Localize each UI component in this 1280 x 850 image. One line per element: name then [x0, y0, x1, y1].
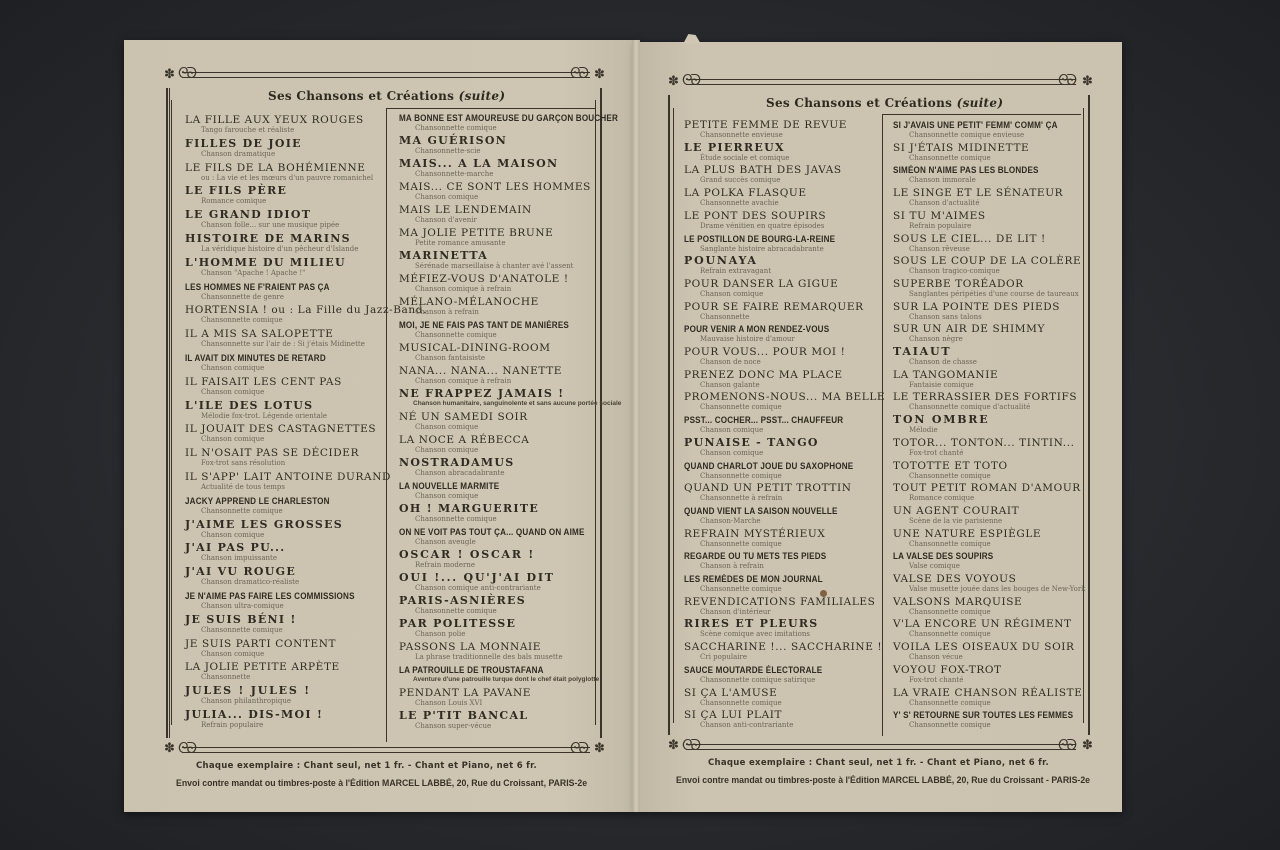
song-subtitle: Chanson "Apache ! Apache !"	[185, 269, 346, 277]
song-entry: MÉLANO-MÉLANOCHEChanson à refrain	[399, 296, 539, 316]
song-entry: V'LA ENCORE UN RÉGIMENTChansonnette comi…	[893, 618, 1072, 638]
publisher-address: Envoi contre mandat ou timbres-poste à l…	[176, 778, 587, 789]
song-title: POUNAYA	[684, 255, 771, 267]
flower-ornament-icon: ✽	[594, 68, 605, 81]
song-subtitle: Scène comique avec imitations	[684, 630, 819, 638]
song-entry: NOSTRADAMUSChanson abracadabrante	[399, 457, 515, 477]
song-title: TON OMBRE	[893, 414, 989, 426]
song-title: JULIA... DIS-MOI !	[185, 709, 323, 721]
song-entry: SUR LA POINTE DES PIEDSChanson sans talo…	[893, 301, 1060, 321]
song-subtitle: Chansonnette-marche	[399, 170, 558, 178]
song-entry: JULIA... DIS-MOI !Refrain populaire	[185, 709, 323, 729]
left-frame-right-line	[600, 88, 603, 738]
scroll-ornament-icon: ᘓᘐ	[178, 741, 195, 756]
song-title: LE FILS DE LA BOHÉMIENNE	[185, 162, 373, 174]
song-entry: MUSICAL-DINING-ROOMChanson fantaisiste	[399, 342, 551, 362]
song-entry: HISTOIRE DE MARINSLa véridique histoire …	[185, 233, 358, 253]
heading-text: Ses Chansons et Créations	[268, 89, 454, 103]
song-title: MA JOLIE PETITE BRUNE	[399, 227, 553, 239]
song-subtitle: Chanson super-vécue	[399, 722, 528, 730]
song-entry: L'HOMME DU MILIEUChanson "Apache ! Apach…	[185, 257, 346, 277]
song-title: LES REMÈDES DE MON JOURNAL	[684, 573, 823, 585]
song-entry: SUPERBE TORÉADORSanglantes péripéties d'…	[893, 278, 1079, 298]
song-subtitle: Chansonnette comique	[399, 607, 526, 615]
song-title: SI ÇA L'AMUSE	[684, 687, 782, 699]
flower-ornament-icon: ✽	[1082, 739, 1093, 752]
song-subtitle: Chansonnette envieuse	[684, 131, 847, 139]
song-subtitle: Mauvaise histoire d'amour	[684, 335, 845, 343]
song-subtitle: Chansonnette	[684, 313, 864, 321]
song-title: PENDANT LA PAVANE	[399, 687, 531, 699]
song-subtitle: Chansonnette comique	[684, 403, 885, 411]
bottom-border-rule	[686, 744, 1076, 750]
song-subtitle: Mélodie	[893, 426, 989, 434]
song-subtitle: Chanson-Marche	[684, 517, 855, 525]
song-subtitle: Chanson à refrain	[684, 562, 842, 570]
song-subtitle: Chansonnette	[185, 673, 340, 681]
scroll-ornament-icon: ᘓᘐ	[570, 741, 587, 756]
song-title: QUAND CHARLOT JOUE DU SAXOPHONE	[684, 460, 853, 472]
song-title: SOUS LE COUP DE LA COLÈRE	[893, 255, 1081, 267]
song-title: SOUS LE CIEL... DE LIT !	[893, 233, 1046, 245]
song-title: PROMENONS-NOUS... MA BELLE	[684, 391, 885, 403]
song-entry: SUR UN AIR DE SHIMMYChanson nègre	[893, 323, 1045, 343]
song-subtitle: Chansonnette comique	[399, 515, 539, 523]
song-title: LE SINGE ET LE SÉNATEUR	[893, 187, 1063, 199]
song-entry: QUAND UN PETIT TROTTINChansonnette à ref…	[684, 482, 852, 502]
scroll-ornament-icon: ᘓᘐ	[682, 73, 699, 88]
song-entry: IL A MIS SA SALOPETTEChansonnette sur l'…	[185, 328, 365, 348]
song-entry: IL JOUAIT DES CASTAGNETTESChanson comiqu…	[185, 423, 376, 443]
song-entry: SIMÉON N'AIME PAS LES BLONDESChanson imm…	[893, 164, 1055, 184]
song-subtitle: Chanson sans talons	[893, 313, 1060, 321]
song-title: MÉFIEZ-VOUS D'ANATOLE !	[399, 273, 569, 285]
song-entry: PUNAISE - TANGOChanson comique	[684, 437, 819, 457]
song-subtitle: Chansonnette comique	[399, 331, 588, 339]
song-subtitle: Chanson Louis XVI	[399, 699, 531, 707]
song-subtitle: Chanson dramatico-réaliste	[185, 578, 299, 586]
song-title: LA NOUVELLE MARMITE	[399, 480, 499, 492]
song-subtitle: Fox-trot chanté	[893, 449, 1075, 457]
song-subtitle: Chanson philanthropique	[185, 697, 311, 705]
song-subtitle: Chansonnette comique d'actualité	[893, 403, 1077, 411]
song-entry: QUAND CHARLOT JOUE DU SAXOPHONEChansonne…	[684, 460, 872, 480]
song-title: TOTOR... TONTON... TINTIN...	[893, 437, 1075, 449]
song-entry: IL AVAIT DIX MINUTES DE RETARDChanson co…	[185, 352, 342, 372]
song-title: Y' S' RETOURNE SUR TOUTES LES FEMMES	[893, 709, 1073, 721]
song-title: IL AVAIT DIX MINUTES DE RETARD	[185, 352, 326, 364]
song-entry: JACKY APPREND LE CHARLESTONChansonnette …	[185, 495, 346, 515]
heading-underline	[883, 114, 1081, 115]
song-subtitle: Chanson comique	[185, 388, 342, 396]
song-subtitle: Chanson aveugle	[399, 538, 605, 546]
song-title: MUSICAL-DINING-ROOM	[399, 342, 551, 354]
price-line: Chaque exemplaire : Chant seul, net 1 fr…	[708, 758, 1049, 768]
song-entry: Y' S' RETOURNE SUR TOUTES LES FEMMESChan…	[893, 709, 1093, 729]
song-entry: HORTENSIA ! ou : La Fille du Jazz-Band.C…	[185, 304, 427, 324]
song-entry: SOUS LE COUP DE LA COLÈREChanson tragico…	[893, 255, 1081, 275]
song-subtitle: Chanson comique	[399, 446, 529, 454]
song-subtitle: Chansonnette comique	[185, 626, 297, 634]
song-entry: LE POSTILLON DE BOURG-LA-REINESanglante …	[684, 233, 852, 253]
right-frame-left-line	[668, 95, 671, 735]
left-frame-left-line	[166, 88, 169, 738]
song-entry: POUNAYARefrain extravagant	[684, 255, 771, 275]
song-subtitle: Chanson tragico-comique	[893, 267, 1081, 275]
song-subtitle: Refrain populaire	[893, 222, 986, 230]
song-subtitle: Chansonnette comique	[893, 472, 1008, 480]
song-subtitle: Chanson anti-contrariante	[684, 721, 793, 729]
song-entry: UN AGENT COURAITScène de la vie parisien…	[893, 505, 1019, 525]
song-title: JACKY APPREND LE CHARLESTON	[185, 495, 330, 507]
song-title: PAR POLITESSE	[399, 618, 516, 630]
song-entry: SI J'AVAIS UNE PETIT' FEMM' COMM' ÇAChan…	[893, 119, 1076, 139]
song-subtitle: Chanson d'actualité	[893, 199, 1063, 207]
song-entry: REVENDICATIONS FAMILIALESChanson d'intér…	[684, 596, 875, 616]
song-entry: LES HOMMES NE F'RAIENT PAS ÇAChansonnett…	[185, 281, 346, 301]
publisher-address: Envoi contre mandat ou timbres-poste à l…	[676, 775, 1090, 786]
song-title: IL JOUAIT DES CASTAGNETTES	[185, 423, 376, 435]
song-entry: TON OMBREMélodie	[893, 414, 989, 434]
song-title: REVENDICATIONS FAMILIALES	[684, 596, 875, 608]
song-title: SI ÇA LUI PLAIT	[684, 709, 793, 721]
song-entry: TOTOR... TONTON... TINTIN...Fox-trot cha…	[893, 437, 1075, 457]
scroll-ornament-icon: ᘓᘐ	[178, 66, 195, 81]
song-title: NÉ UN SAMEDI SOIR	[399, 411, 528, 423]
column-divider	[386, 108, 387, 742]
song-subtitle: Chanson comique	[399, 193, 591, 201]
song-entry: LE SINGE ET LE SÉNATEURChanson d'actuali…	[893, 187, 1063, 207]
heading-suffix: (suite)	[459, 89, 506, 103]
song-subtitle: Fantaisie comique	[893, 381, 998, 389]
song-title: SAUCE MOUTARDE ÉLECTORALE	[684, 664, 822, 676]
song-title: JE SUIS PARTI CONTENT	[185, 638, 336, 650]
song-subtitle: Chansonnette comique	[185, 316, 427, 324]
song-entry: SI ÇA L'AMUSEChansonnette comique	[684, 687, 782, 707]
song-subtitle: Chanson vécue	[893, 653, 1075, 661]
song-title: OH ! MARGUERITE	[399, 503, 539, 515]
song-entry: JULES ! JULES !Chanson philanthropique	[185, 685, 311, 705]
song-subtitle: Petite romance amusante	[399, 239, 553, 247]
song-title: PSST... COCHER... PSST... CHAUFFEUR	[684, 414, 843, 426]
song-title: MAIS... CE SONT LES HOMMES	[399, 181, 591, 193]
song-entry: MA BONNE EST AMOUREUSE DU GARÇON BOUCHER…	[399, 112, 642, 132]
song-entry: NE FRAPPEZ JAMAIS !Chanson humanitaire, …	[399, 388, 621, 408]
song-subtitle: Chansonnette comique	[893, 608, 1022, 616]
scroll-ornament-icon: ᘓᘐ	[570, 66, 587, 81]
song-entry: MA JOLIE PETITE BRUNEPetite romance amus…	[399, 227, 553, 247]
song-title: IL FAISAIT LES CENT PAS	[185, 376, 342, 388]
song-subtitle: Fox-trot chanté	[893, 676, 1002, 684]
scroll-ornament-icon: ᘓᘐ	[1058, 738, 1075, 753]
song-subtitle: Chansonnette comique satirique	[684, 676, 838, 684]
song-title: J'AI PAS PU...	[185, 542, 285, 554]
song-title: POUR SE FAIRE REMARQUER	[684, 301, 864, 313]
song-entry: NANA... NANA... NANETTEChanson comique à…	[399, 365, 562, 385]
song-title: J'AIME LES GROSSES	[185, 519, 343, 531]
song-entry: REFRAIN MYSTÉRIEUXChansonnette comique	[684, 528, 825, 548]
song-title: JE N'AIME PAS FAIRE LES COMMISSIONS	[185, 590, 355, 602]
song-entry: J'AI PAS PU...Chanson impuissante	[185, 542, 285, 562]
song-title: LA POLKA FLASQUE	[684, 187, 807, 199]
song-title: MAIS... A LA MAISON	[399, 158, 558, 170]
song-title: NANA... NANA... NANETTE	[399, 365, 562, 377]
song-entry: MAIS LE LENDEMAINChanson d'avenir	[399, 204, 532, 224]
song-subtitle: Tango farouche et réaliste	[185, 126, 364, 134]
song-entry: MA GUÉRISONChansonnette-scie	[399, 135, 507, 155]
song-title: LA PLUS BATH DES JAVAS	[684, 164, 842, 176]
song-entry: POUR VENIR A MON RENDEZ-VOUSMauvaise his…	[684, 323, 845, 343]
song-title: MÉLANO-MÉLANOCHE	[399, 296, 539, 308]
song-title: HORTENSIA ! ou : La Fille du Jazz-Band.	[185, 304, 427, 316]
song-entry: JE SUIS PARTI CONTENTChanson comique	[185, 638, 336, 658]
song-subtitle: Chansonnette comique	[893, 630, 1072, 638]
song-entry: JE N'AIME PAS FAIRE LES COMMISSIONSChans…	[185, 590, 374, 610]
song-title: JULES ! JULES !	[185, 685, 311, 697]
song-title: PUNAISE - TANGO	[684, 437, 819, 449]
song-subtitle: Chansonnette à refrain	[684, 494, 852, 502]
song-title: L'HOMME DU MILIEU	[185, 257, 346, 269]
song-entry: MÉFIEZ-VOUS D'ANATOLE !Chanson comique à…	[399, 273, 569, 293]
heading-suffix: (suite)	[957, 96, 1004, 110]
song-title: OSCAR ! OSCAR !	[399, 549, 535, 561]
song-title: LA VALSE DES SOUPIRS	[893, 550, 993, 562]
song-title: LA JOLIE PETITE ARPÈTE	[185, 661, 340, 673]
song-title: VOILA LES OISEAUX DU SOIR	[893, 641, 1075, 653]
song-entry: LES REMÈDES DE MON JOURNALChansonnette c…	[684, 573, 838, 593]
top-border-rule	[686, 79, 1076, 85]
song-title: SUPERBE TORÉADOR	[893, 278, 1079, 290]
song-subtitle: Chanson galante	[684, 381, 843, 389]
song-subtitle: Chanson comique	[684, 290, 838, 298]
song-entry: PRENEZ DONC MA PLACEChanson galante	[684, 369, 843, 389]
song-entry: SI TU M'AIMESRefrain populaire	[893, 210, 986, 230]
flower-ornament-icon: ✽	[668, 75, 679, 88]
song-title: PRENEZ DONC MA PLACE	[684, 369, 843, 381]
song-entry: LA NOUVELLE MARMITEChanson comique	[399, 480, 510, 500]
song-entry: POUR DANSER LA GIGUEChanson comique	[684, 278, 838, 298]
song-subtitle: Chansonnette comique	[684, 585, 838, 593]
song-entry: LA FILLE AUX YEUX ROUGESTango farouche e…	[185, 114, 364, 134]
song-title: PASSONS LA MONNAIE	[399, 641, 563, 653]
song-title: LE FILS PÈRE	[185, 185, 287, 197]
song-subtitle: Refrain extravagant	[684, 267, 771, 275]
song-entry: VALSONS MARQUISEChansonnette comique	[893, 596, 1022, 616]
song-title: LA VRAIE CHANSON RÉALISTE	[893, 687, 1083, 699]
song-title: MAIS LE LENDEMAIN	[399, 204, 532, 216]
song-subtitle: Chanson dramatique	[185, 150, 302, 158]
song-subtitle: Grand succès comique	[684, 176, 842, 184]
song-subtitle: Chanson comique	[185, 531, 343, 539]
song-entry: PROMENONS-NOUS... MA BELLEChansonnette c…	[684, 391, 885, 411]
song-subtitle: Chanson de chasse	[893, 358, 977, 366]
song-title: LA TANGOMANIE	[893, 369, 998, 381]
song-subtitle: Chansonnette comique	[893, 721, 1093, 729]
song-title: ON NE VOIT PAS TOUT ÇA... QUAND ON AIME	[399, 526, 585, 538]
right-frame-right-inner-line	[1083, 108, 1084, 723]
song-subtitle: ou : La vie et les mœurs d'un pauvre rom…	[185, 174, 373, 182]
left-frame-left-inner-line	[171, 100, 172, 725]
right-frame-right-line	[1088, 95, 1091, 735]
song-title: FILLES DE JOIE	[185, 138, 302, 150]
song-entry: MAIS... CE SONT LES HOMMESChanson comiqu…	[399, 181, 591, 201]
song-subtitle: Chansonnette-scie	[399, 147, 507, 155]
song-entry: IL S'APP' LAIT ANTOINE DURANDActualité d…	[185, 471, 391, 491]
song-subtitle: Chanson d'avenir	[399, 216, 532, 224]
song-subtitle: Chansonnette comique	[893, 154, 1029, 162]
flower-ornament-icon: ✽	[164, 742, 175, 755]
scroll-ornament-icon: ᘓᘐ	[682, 738, 699, 753]
song-title: NE FRAPPEZ JAMAIS !	[399, 388, 621, 400]
song-subtitle: Chansonnette comique	[893, 540, 1041, 548]
song-subtitle: Sanglantes péripéties d'une course de ta…	[893, 290, 1079, 298]
song-title: MARINETTA	[399, 250, 573, 262]
song-title: UN AGENT COURAIT	[893, 505, 1019, 517]
song-title: L'ILE DES LOTUS	[185, 400, 327, 412]
flower-ornament-icon: ✽	[164, 68, 175, 81]
song-subtitle: Sanglante histoire abracadabrante	[684, 245, 852, 253]
song-entry: LE GRAND IDIOTChanson folle... sur une m…	[185, 209, 339, 229]
song-title: QUAND UN PETIT TROTTIN	[684, 482, 852, 494]
song-title: SUR LA POINTE DES PIEDS	[893, 301, 1060, 313]
song-title: VALSONS MARQUISE	[893, 596, 1022, 608]
song-title: REFRAIN MYSTÉRIEUX	[684, 528, 825, 540]
bottom-border-rule	[182, 747, 590, 753]
song-subtitle: Chanson fantaisiste	[399, 354, 551, 362]
song-subtitle: Chansonnette de genre	[185, 293, 346, 301]
song-subtitle: Chanson comique	[185, 364, 342, 372]
song-title: PETITE FEMME DE REVUE	[684, 119, 847, 131]
song-subtitle: Étude sociale et comique	[684, 154, 789, 162]
song-subtitle: Chanson impuissante	[185, 554, 285, 562]
song-title: LA NOCE A RÉBECCA	[399, 434, 529, 446]
song-entry: MAIS... A LA MAISONChansonnette-marche	[399, 158, 558, 178]
song-title: LE POSTILLON DE BOURG-LA-REINE	[684, 233, 835, 245]
song-subtitle: Chanson comique	[399, 423, 528, 431]
top-border-rule	[182, 72, 590, 78]
song-subtitle: Valse musette jouée dans les bouges de N…	[893, 585, 1085, 593]
song-title: JE SUIS BÉNI !	[185, 614, 297, 626]
song-title: LES HOMMES NE F'RAIENT PAS ÇA	[185, 281, 330, 293]
song-entry: PAR POLITESSEChanson polie	[399, 618, 516, 638]
song-subtitle: Chanson nègre	[893, 335, 1045, 343]
song-entry: POUR SE FAIRE REMARQUERChansonnette	[684, 301, 864, 321]
song-entry: PSST... COCHER... PSST... CHAUFFEURChans…	[684, 414, 861, 434]
song-title: SI TU M'AIMES	[893, 210, 986, 222]
song-entry: SI J'ÉTAIS MIDINETTEChansonnette comique	[893, 142, 1029, 162]
song-subtitle: Chansonnette avachie	[684, 199, 807, 207]
song-subtitle: Cri populaire	[684, 653, 882, 661]
song-entry: UNE NATURE ESPIÈGLEChansonnette comique	[893, 528, 1041, 548]
song-subtitle: Actualité de tous temps	[185, 483, 391, 491]
song-entry: ON NE VOIT PAS TOUT ÇA... QUAND ON AIMEC…	[399, 526, 605, 546]
song-subtitle: Chanson polie	[399, 630, 516, 638]
scroll-ornament-icon: ᘓᘐ	[1058, 73, 1075, 88]
song-subtitle: Refrain moderne	[399, 561, 535, 569]
song-subtitle: Scène de la vie parisienne	[893, 517, 1019, 525]
song-entry: LA PATROUILLE DE TROUSTAFANAAventure d'u…	[399, 664, 599, 684]
song-entry: QUAND VIENT LA SAISON NOUVELLEChanson-Ma…	[684, 505, 855, 525]
song-subtitle: Chanson immorale	[893, 176, 1055, 184]
song-title: REGARDE OU TU METS TES PIEDS	[684, 550, 826, 562]
song-entry: LE FILS PÈRERomance comique	[185, 185, 287, 205]
song-title: IL S'APP' LAIT ANTOINE DURAND	[185, 471, 391, 483]
song-entry: L'ILE DES LOTUSMélodie fox-trot. Légende…	[185, 400, 327, 420]
song-entry: LA TANGOMANIEFantaisie comique	[893, 369, 998, 389]
song-title: TOUT PETIT ROMAN D'AMOUR	[893, 482, 1081, 494]
song-title: TOTOTTE ET TOTO	[893, 460, 1008, 472]
song-entry: MOI, JE NE FAIS PAS TANT DE MANIÈRESChan…	[399, 319, 588, 339]
song-subtitle: Romance comique	[893, 494, 1081, 502]
song-entry: LE FILS DE LA BOHÉMIENNEou : La vie et l…	[185, 162, 373, 182]
right-frame-left-inner-line	[673, 108, 674, 723]
song-subtitle: Valse comique	[893, 562, 1005, 570]
song-title: POUR VENIR A MON RENDEZ-VOUS	[684, 323, 829, 335]
song-title: NOSTRADAMUS	[399, 457, 515, 469]
song-entry: REGARDE OU TU METS TES PIEDSChanson à re…	[684, 550, 842, 570]
song-subtitle: Chansonnette comique envieuse	[893, 131, 1076, 139]
song-subtitle: Chansonnette comique	[399, 124, 642, 132]
booklet-spine	[632, 40, 640, 812]
song-entry: IL FAISAIT LES CENT PASChanson comique	[185, 376, 342, 396]
song-subtitle: Chanson comique anti-contrariante	[399, 584, 555, 592]
song-subtitle: Drame vénitien en quatre épisodes	[684, 222, 826, 230]
song-title: MA BONNE EST AMOUREUSE DU GARÇON BOUCHER	[399, 112, 618, 124]
song-entry: NÉ UN SAMEDI SOIRChanson comique	[399, 411, 528, 431]
song-title: IL A MIS SA SALOPETTE	[185, 328, 365, 340]
song-title: V'LA ENCORE UN RÉGIMENT	[893, 618, 1072, 630]
song-title: LE PONT DES SOUPIRS	[684, 210, 826, 222]
song-subtitle: Chanson abracadabrante	[399, 469, 515, 477]
song-subtitle: Chanson à refrain	[399, 308, 539, 316]
song-subtitle: Chanson humanitaire, sanguinolente et sa…	[399, 400, 621, 408]
song-subtitle: Chanson de noce	[684, 358, 845, 366]
song-entry: SI ÇA LUI PLAITChanson anti-contrariante	[684, 709, 793, 729]
song-entry: PASSONS LA MONNAIELa phrase traditionnel…	[399, 641, 563, 661]
song-entry: PARIS-ASNIÈRESChansonnette comique	[399, 595, 526, 615]
song-subtitle: Chanson comique	[185, 650, 336, 658]
song-entry: TOUT PETIT ROMAN D'AMOURRomance comique	[893, 482, 1081, 502]
song-title: SI J'ÉTAIS MIDINETTE	[893, 142, 1029, 154]
song-title: SIMÉON N'AIME PAS LES BLONDES	[893, 164, 1039, 176]
song-entry: LE TERRASSIER DES FORTIFSChansonnette co…	[893, 391, 1077, 411]
song-entry: RIRES ET PLEURSScène comique avec imitat…	[684, 618, 819, 638]
song-title: OUI !... QU'J'AI DIT	[399, 572, 555, 584]
song-title: QUAND VIENT LA SAISON NOUVELLE	[684, 505, 838, 517]
left-frame-right-inner-line	[595, 100, 596, 725]
song-entry: PENDANT LA PAVANEChanson Louis XVI	[399, 687, 531, 707]
song-entry: PETITE FEMME DE REVUEChansonnette envieu…	[684, 119, 847, 139]
song-entry: TAIAUTChanson de chasse	[893, 346, 977, 366]
song-subtitle: Chansonnette comique	[893, 699, 1083, 707]
song-title: LE PIERREUX	[684, 142, 789, 154]
song-subtitle: Chansonnette comique	[185, 507, 346, 515]
song-subtitle: Chanson d'intérieur	[684, 608, 875, 616]
page-heading: Ses Chansons et Créations (suite)	[268, 89, 505, 103]
song-title: POUR DANSER LA GIGUE	[684, 278, 838, 290]
song-subtitle: La véridique histoire d'un pêcheur d'Isl…	[185, 245, 358, 253]
flower-ornament-icon: ✽	[1082, 75, 1093, 88]
song-entry: OH ! MARGUERITEChansonnette comique	[399, 503, 539, 523]
song-subtitle: Chansonnette comique	[684, 540, 825, 548]
song-entry: J'AI VU ROUGEChanson dramatico-réaliste	[185, 566, 299, 586]
song-entry: LE P'TIT BANCALChanson super-vécue	[399, 710, 528, 730]
song-entry: LA NOCE A RÉBECCAChanson comique	[399, 434, 529, 454]
song-title: SACCHARINE !... SACCHARINE !	[684, 641, 882, 653]
heading-text: Ses Chansons et Créations	[766, 96, 952, 110]
song-title: LE GRAND IDIOT	[185, 209, 339, 221]
song-title: LA FILLE AUX YEUX ROUGES	[185, 114, 364, 126]
